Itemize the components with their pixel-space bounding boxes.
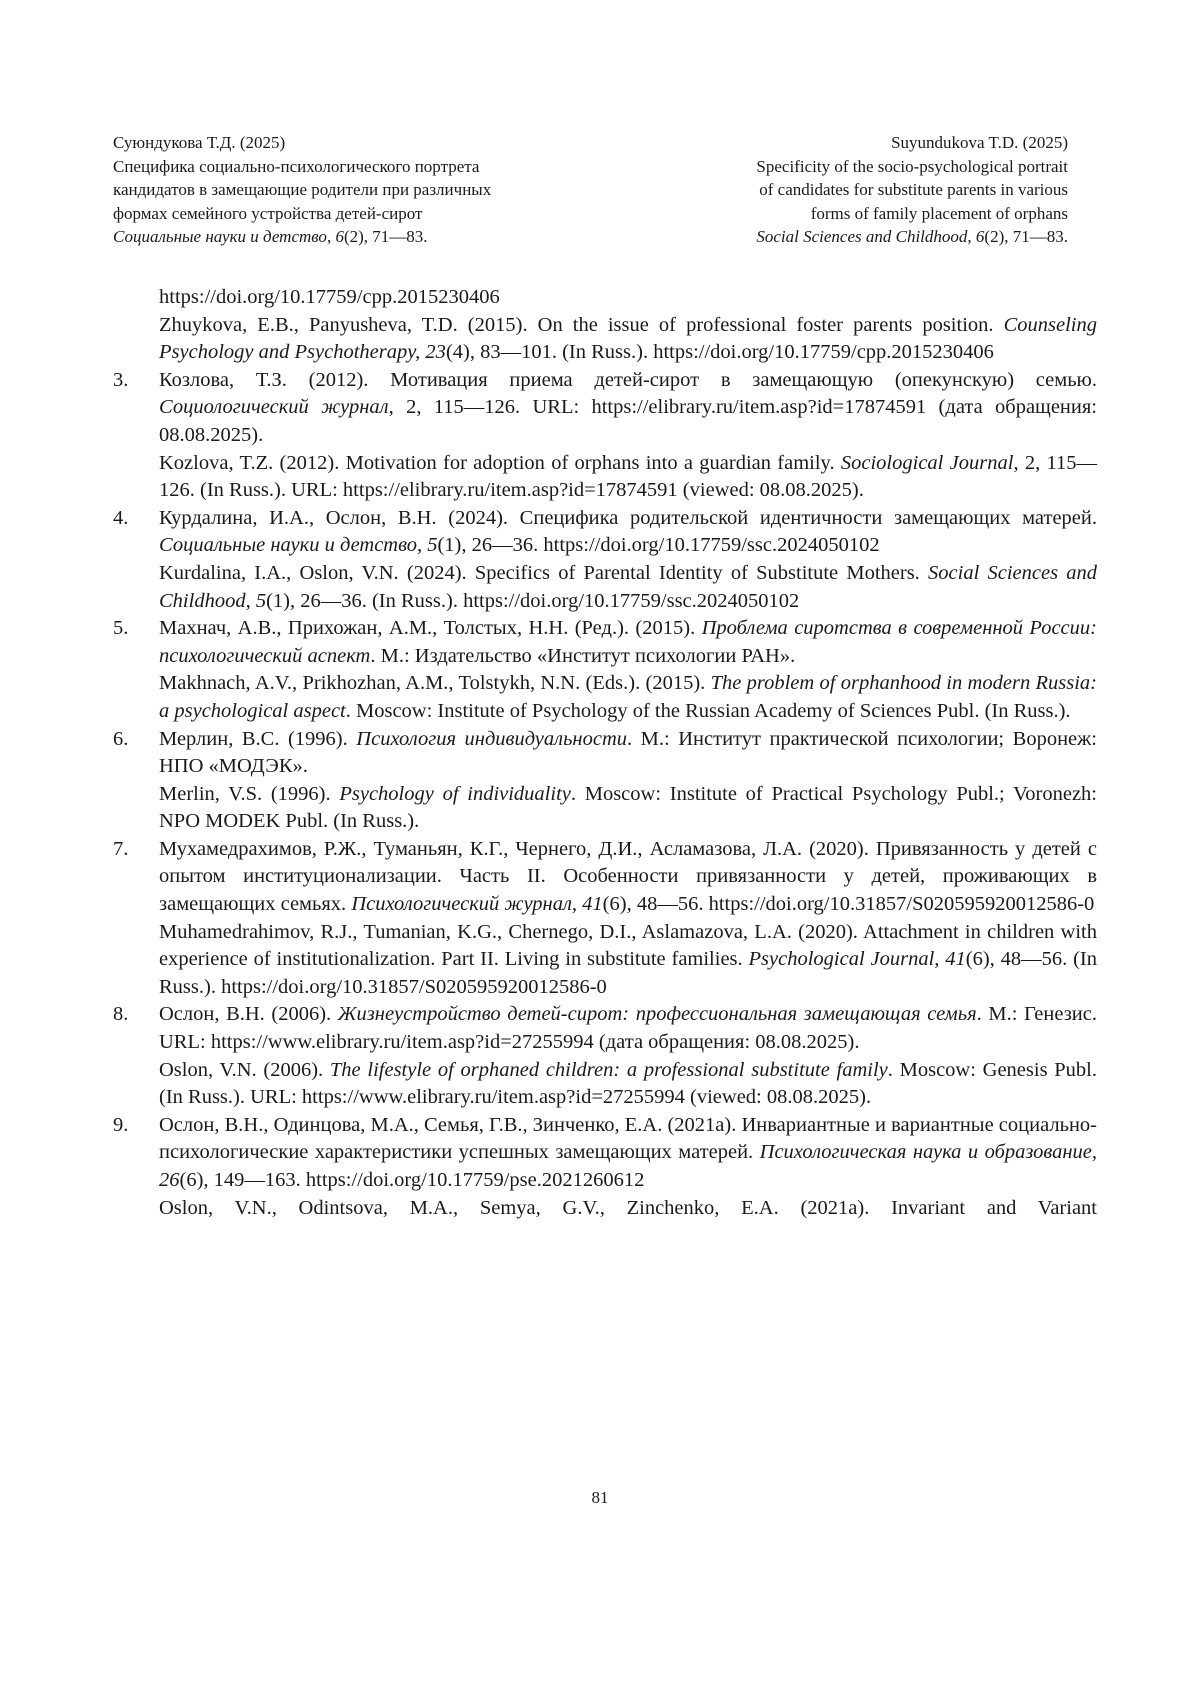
header-title-line: forms of family placement of orphans: [598, 202, 1068, 226]
text: Zhuykova, E.B., Panyusheva, T.D. (2015).…: [159, 314, 1004, 336]
italic-text: Социальные науки и детство: [113, 227, 327, 246]
text: Makhnach, A.V., Prikhozhan, A.M., Tolsty…: [159, 672, 711, 694]
reference-entry: 8.Ослон, В.Н. (2006). Жизнеустройство де…: [113, 1001, 1097, 1111]
italic-text: Social Sciences and Childhood: [756, 227, 967, 246]
header-english: Suyundukova T.D. (2025)Specificity of th…: [598, 131, 1068, 249]
text: Merlin, V.S. (1996).: [159, 783, 339, 805]
header-title-line: Specificity of the socio-psychological p…: [598, 155, 1068, 179]
header-title-line: формах семейного устройства детей-сирот: [113, 202, 583, 226]
text: Kurdalina, I.A., Oslon, V.N. (2024). Spe…: [159, 562, 928, 584]
text: . М.: Издательство «Институт психологии …: [370, 645, 795, 667]
reference-translation: Kozlova, T.Z. (2012). Motivation for ado…: [159, 450, 1097, 505]
reference-entry: 4.Курдалина, И.А., Ослон, В.Н. (2024). С…: [113, 505, 1097, 615]
reference-translation: Zhuykova, E.B., Panyusheva, T.D. (2015).…: [159, 312, 1097, 367]
italic-text: Жизнеустройство детей-сирот: профессиона…: [338, 1003, 977, 1025]
reference-translation: Muhamedrahimov, R.J., Tumanian, K.G., Ch…: [159, 919, 1097, 1002]
text: (4), 83—101. (In Russ.). https://doi.org…: [446, 341, 994, 363]
reference-original: Махнач, А.В., Прихожан, А.М., Толстых, Н…: [159, 615, 1097, 670]
reference-original: Мерлин, В.С. (1996). Психология индивиду…: [159, 726, 1097, 781]
text: кандидатов в замещающие родители при раз…: [113, 180, 491, 199]
page-number: 81: [0, 1488, 1200, 1508]
italic-text: Psychology of individuality: [339, 783, 571, 805]
text: Kozlova, T.Z. (2012). Motivation for ado…: [159, 452, 841, 474]
header-title-line: of candidates for substitute parents in …: [598, 178, 1068, 202]
reference-translation: Makhnach, A.V., Prikhozhan, A.M., Tolsty…: [159, 670, 1097, 725]
text: forms of family placement of orphans: [811, 204, 1068, 223]
reference-translation: Kurdalina, I.A., Oslon, V.N. (2024). Spe…: [159, 560, 1097, 615]
text: (2), 71—83.: [984, 227, 1068, 246]
text: (2), 71—83.: [344, 227, 428, 246]
text: Oslon, V.N., Odintsova, M.A., Semya, G.V…: [159, 1197, 1097, 1219]
reference-translation: Merlin, V.S. (1996). Psychology of indiv…: [159, 781, 1097, 836]
reference-number: 5.: [113, 615, 153, 643]
text: Козлова, Т.З. (2012). Мотивация приема д…: [159, 369, 1097, 391]
text: (6), 48—56. https://doi.org/10.31857/S02…: [603, 893, 1095, 915]
running-header: Суюндукова Т.Д. (2025)Специфика социальн…: [113, 131, 1068, 249]
header-citation: Social Sciences and Childhood, 6(2), 71—…: [598, 225, 1068, 249]
text: формах семейного устройства детей-сирот: [113, 204, 422, 223]
reference-original: https://doi.org/10.17759/cpp.2015230406: [159, 284, 1097, 312]
reference-entry: 7.Мухамедрахимов, Р.Ж., Туманьян, К.Г., …: [113, 836, 1097, 1002]
text: . Moscow: Institute of Psychology of the…: [346, 700, 1071, 722]
italic-text: 6: [335, 227, 344, 246]
reference-entry: 3.Козлова, Т.З. (2012). Мотивация приема…: [113, 367, 1097, 505]
header-author: Suyundukova T.D. (2025): [598, 131, 1068, 155]
italic-text: Психология индивидуальности: [356, 728, 627, 750]
header-russian: Суюндукова Т.Д. (2025)Специфика социальн…: [113, 131, 583, 249]
text: (1), 26—36. (In Russ.). https://doi.org/…: [266, 590, 799, 612]
reference-entry: 9.Ослон, В.Н., Одинцова, М.А., Семья, Г.…: [113, 1112, 1097, 1222]
reference-original: Мухамедрахимов, Р.Ж., Туманьян, К.Г., Че…: [159, 836, 1097, 919]
reference-number: 8.: [113, 1001, 153, 1029]
text: Суюндукова Т.Д. (2025): [113, 133, 285, 152]
text: Suyundukova T.D. (2025): [891, 133, 1068, 152]
reference-number: 9.: [113, 1112, 153, 1140]
header-title-line: кандидатов в замещающие родители при раз…: [113, 178, 583, 202]
text: Oslon, V.N. (2006).: [159, 1059, 330, 1081]
reference-original: Курдалина, И.А., Ослон, В.Н. (2024). Спе…: [159, 505, 1097, 560]
text: Махнач, А.В., Прихожан, А.М., Толстых, Н…: [159, 617, 702, 639]
reference-number: 7.: [113, 836, 153, 864]
italic-text: Психологический журнал, 41: [351, 893, 602, 915]
reference-translation: Oslon, V.N., Odintsova, M.A., Semya, G.V…: [159, 1195, 1097, 1223]
text: of candidates for substitute parents in …: [759, 180, 1068, 199]
reference-entry: 5.Махнач, А.В., Прихожан, А.М., Толстых,…: [113, 615, 1097, 725]
italic-text: Социологический журнал: [159, 396, 389, 418]
text: Курдалина, И.А., Ослон, В.Н. (2024). Спе…: [159, 507, 1097, 529]
reference-list: https://doi.org/10.17759/cpp.2015230406Z…: [113, 284, 1097, 1222]
text: Мерлин, В.С. (1996).: [159, 728, 356, 750]
reference-number: 6.: [113, 726, 153, 754]
reference-number: 3.: [113, 367, 153, 395]
italic-text: Psychological Journal, 41: [749, 948, 966, 970]
reference-translation: Oslon, V.N. (2006). The lifestyle of orp…: [159, 1057, 1097, 1112]
text: https://doi.org/10.17759/cpp.2015230406: [159, 286, 500, 308]
reference-number: 4.: [113, 505, 153, 533]
header-author: Суюндукова Т.Д. (2025): [113, 131, 583, 155]
text: (1), 26—36. https://doi.org/10.17759/ssc…: [437, 534, 879, 556]
reference-entry: https://doi.org/10.17759/cpp.2015230406Z…: [113, 284, 1097, 367]
text: Специфика социально-психологического пор…: [113, 157, 479, 176]
reference-original: Ослон, В.Н. (2006). Жизнеустройство дете…: [159, 1001, 1097, 1056]
header-title-line: Специфика социально-психологического пор…: [113, 155, 583, 179]
italic-text: Sociological Journal: [841, 452, 1014, 474]
text: Ослон, В.Н. (2006).: [159, 1003, 338, 1025]
text: (6), 149—163. https://doi.org/10.17759/p…: [180, 1169, 645, 1191]
header-citation: Социальные науки и детство, 6(2), 71—83.: [113, 225, 583, 249]
italic-text: Социальные науки и детство, 5: [159, 534, 437, 556]
reference-original: Ослон, В.Н., Одинцова, М.А., Семья, Г.В.…: [159, 1112, 1097, 1195]
text: ,: [967, 227, 976, 246]
reference-original: Козлова, Т.З. (2012). Мотивация приема д…: [159, 367, 1097, 450]
italic-text: The lifestyle of orphaned children: a pr…: [330, 1059, 888, 1081]
reference-entry: 6.Мерлин, В.С. (1996). Психология индиви…: [113, 726, 1097, 836]
text: Specificity of the socio-psychological p…: [756, 157, 1068, 176]
